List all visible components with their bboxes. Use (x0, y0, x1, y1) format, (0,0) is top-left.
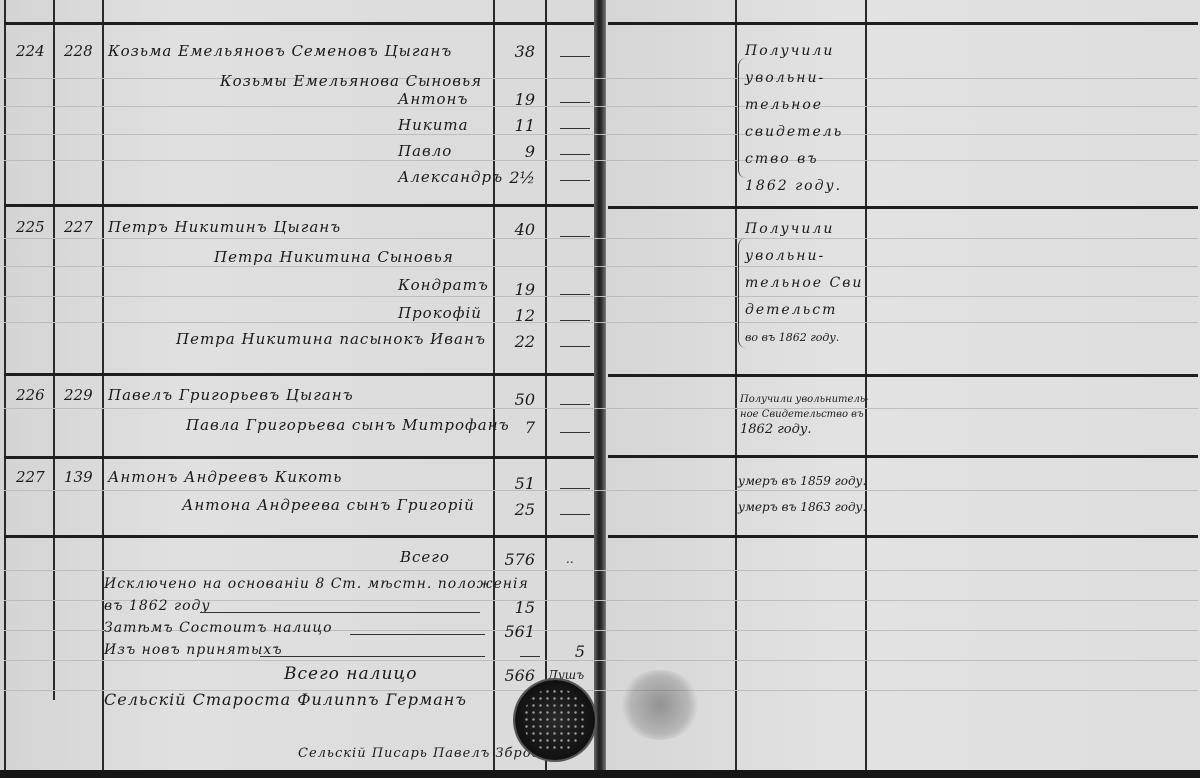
ruling-line (4, 570, 1198, 571)
ruling-line (4, 134, 1198, 135)
ruling-line (4, 78, 1198, 79)
total-mark: .. (566, 552, 574, 566)
row-separator (4, 22, 594, 25)
remaining-value: 561 (495, 622, 535, 641)
member-name: Антона Андреева сынъ Григорiй (182, 496, 475, 514)
row-separator (4, 373, 594, 376)
wax-seal-stamp (515, 680, 595, 760)
row-number: 226 (16, 386, 45, 404)
member-name: Петра Никитина пасынокъ Иванъ (176, 330, 486, 348)
previous-number: 139 (64, 468, 93, 486)
group-label: Петра Никитина Сыновья (214, 248, 454, 266)
excluded-value: 15 (495, 598, 535, 617)
death-note: умеръ въ 1863 году. (738, 500, 866, 514)
row-separator (608, 206, 1198, 209)
margin-line (4, 0, 6, 770)
member-name: Александръ (398, 168, 503, 186)
member-age: 9 (495, 142, 535, 161)
mark-dash (560, 56, 590, 57)
member-name: Прокофiй (398, 304, 482, 322)
ruling-line (4, 160, 1198, 161)
row-separator (4, 204, 594, 207)
leader-dash (350, 634, 485, 635)
member-age: 19 (495, 280, 535, 299)
mark-dash (560, 514, 590, 515)
column-divider-notes-right (865, 0, 867, 770)
mark-dash (560, 346, 590, 347)
row-number: 227 (16, 468, 45, 486)
row-number: 225 (16, 218, 45, 236)
row-separator (608, 374, 1198, 377)
mark-dash (560, 102, 590, 103)
ruling-line (4, 238, 1198, 239)
book-spine (594, 0, 606, 778)
ruling-line (4, 490, 1198, 491)
member-name: Павла Григорьева сынъ Митрофанъ (186, 416, 510, 434)
head-of-household-name: Петръ Никитинъ Цыганъ (108, 218, 341, 236)
ruling-line (4, 266, 1198, 267)
leader-dash (200, 612, 480, 613)
total-value: 576 (495, 550, 535, 569)
head-of-household-name: Антонъ Андреевъ Кикоть (108, 468, 342, 486)
row-separator (608, 535, 1198, 538)
mark-dash (560, 432, 590, 433)
mark-dash (560, 236, 590, 237)
age: 40 (495, 220, 535, 239)
note-text: Получили увольнитель- ное Свидетельство … (740, 392, 869, 437)
member-age: 7 (495, 418, 535, 437)
total-label: Всего (400, 548, 450, 566)
page-bottom-edge (0, 770, 1200, 778)
member-name: Антонъ (398, 90, 468, 108)
member-age: 12 (495, 306, 535, 325)
new-value: 5 (545, 642, 585, 661)
member-name: Кондратъ (398, 276, 489, 294)
mark-dash (560, 154, 590, 155)
leader-dash (260, 656, 485, 657)
row-separator (4, 456, 594, 459)
mark-dash (560, 180, 590, 181)
grand-total-label: Всего налицо (284, 664, 418, 684)
member-name: Никита (398, 116, 469, 134)
member-age: 19 (495, 90, 535, 109)
group-label: Козьмы Емельянова Сыновья (220, 72, 482, 90)
grand-total-value: 566 (495, 666, 535, 685)
ruling-line (4, 106, 1198, 107)
death-note: умеръ въ 1859 году. (738, 474, 866, 488)
previous-number: 227 (64, 218, 93, 236)
age: 38 (495, 42, 535, 61)
row-number: 224 (16, 42, 45, 60)
village-elder-signature: Сельскiй Староста Филиппъ Германъ (104, 690, 467, 709)
ruling-line (4, 322, 1198, 323)
previous-number: 228 (64, 42, 93, 60)
ruling-line (4, 408, 1198, 409)
excluded-label: Исключено на основанiи 8 Ст. мѣстн. поло… (104, 576, 529, 592)
age: 50 (495, 390, 535, 409)
mark-dash (560, 488, 590, 489)
note-text: Получили увольни- тельное Сви детельст в… (745, 216, 863, 351)
member-age: 2½ (495, 168, 535, 187)
column-divider-notes-left (735, 0, 737, 770)
member-name: Павло (398, 142, 452, 160)
excluded-year-label: въ 1862 году (104, 598, 211, 614)
member-age: 25 (495, 500, 535, 519)
mark-dash (560, 320, 590, 321)
leader-dash (520, 656, 540, 657)
seal-offset-print (620, 670, 700, 740)
row-separator (4, 535, 594, 538)
head-of-household-name: Козьма Емельяновъ Семеновъ Цыганъ (108, 42, 452, 60)
age: 51 (495, 474, 535, 493)
member-age: 22 (495, 332, 535, 351)
previous-number: 229 (64, 386, 93, 404)
note-text: Получили увольни- тельное свидетель ство… (745, 38, 843, 200)
head-of-household-name: Павелъ Григорьевъ Цыганъ (108, 386, 354, 404)
mark-dash (560, 294, 590, 295)
ruling-line (4, 660, 1198, 661)
mark-dash (560, 404, 590, 405)
column-divider-row-no (53, 0, 55, 700)
right-page (604, 0, 1200, 778)
remaining-label: Затѣмъ Состоитъ налицо (104, 620, 333, 636)
new-label: Изъ новъ принятыхъ (104, 642, 283, 658)
mark-dash (560, 128, 590, 129)
ruling-line (4, 296, 1198, 297)
row-separator (608, 455, 1198, 458)
row-separator (608, 22, 1198, 25)
member-age: 11 (495, 116, 535, 135)
